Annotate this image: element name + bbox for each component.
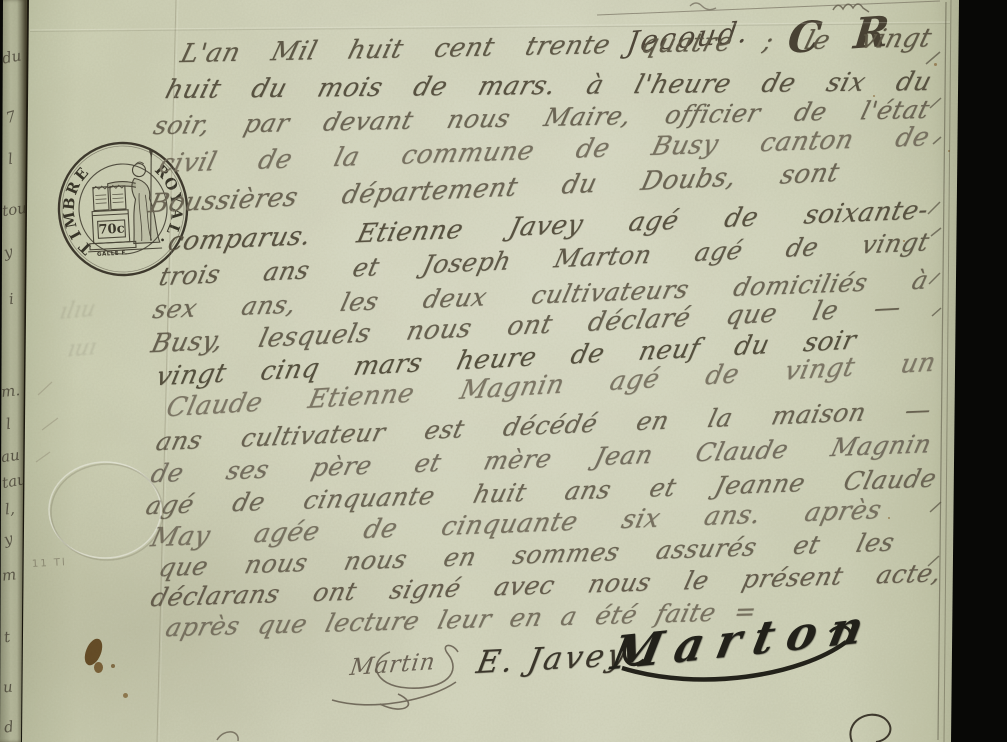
act-line: L'an Mil huit cent trente quatre ; le vi…	[177, 24, 935, 70]
ink-blot	[81, 636, 105, 668]
bleed-through-text: ıuı	[66, 335, 99, 363]
margin-text-fragment: y	[2, 529, 15, 549]
margin-text-fragment: d	[3, 717, 15, 736]
foxing-spot	[888, 517, 890, 519]
stamp-arc-letter: B	[60, 197, 79, 211]
stamp-arc-letter: M	[60, 210, 81, 230]
ink-blot	[111, 664, 115, 668]
register-page: TIMBRE ROYAL. 70c GALLE F.	[20, 0, 960, 742]
foxing-spot	[934, 63, 937, 66]
foxing-spot	[948, 150, 950, 152]
stamp-arc-letter: I	[66, 228, 85, 243]
margin-text-fragment: u	[2, 678, 14, 697]
margin-text-fragment: y	[2, 242, 14, 261]
scanned-register-page: { "colors": { "paper": "#d4d6bf", "paper…	[0, 0, 1007, 742]
pencil-marks: 11 Tl	[32, 557, 67, 570]
margin-text-fragment: i	[8, 290, 15, 308]
signature-martin: Martin	[348, 649, 437, 681]
foxing-spot	[873, 95, 875, 97]
margin-text-fragment: l,	[4, 500, 15, 519]
bleed-through-text: ılıu	[58, 296, 98, 325]
margin-text-fragment: l	[5, 415, 12, 433]
ink-blot	[94, 662, 103, 673]
stamp-engraver-name: GALLE F.	[97, 250, 128, 258]
margin-text-fragment: 7	[4, 107, 18, 127]
ink-blot	[123, 693, 128, 698]
margin-text-fragment: m	[1, 565, 17, 584]
margin-text-fragment: t	[3, 628, 11, 647]
stamp-denomination: 70c	[98, 221, 125, 237]
foxing-spot	[903, 240, 905, 242]
margin-text-fragment: l	[7, 150, 14, 168]
